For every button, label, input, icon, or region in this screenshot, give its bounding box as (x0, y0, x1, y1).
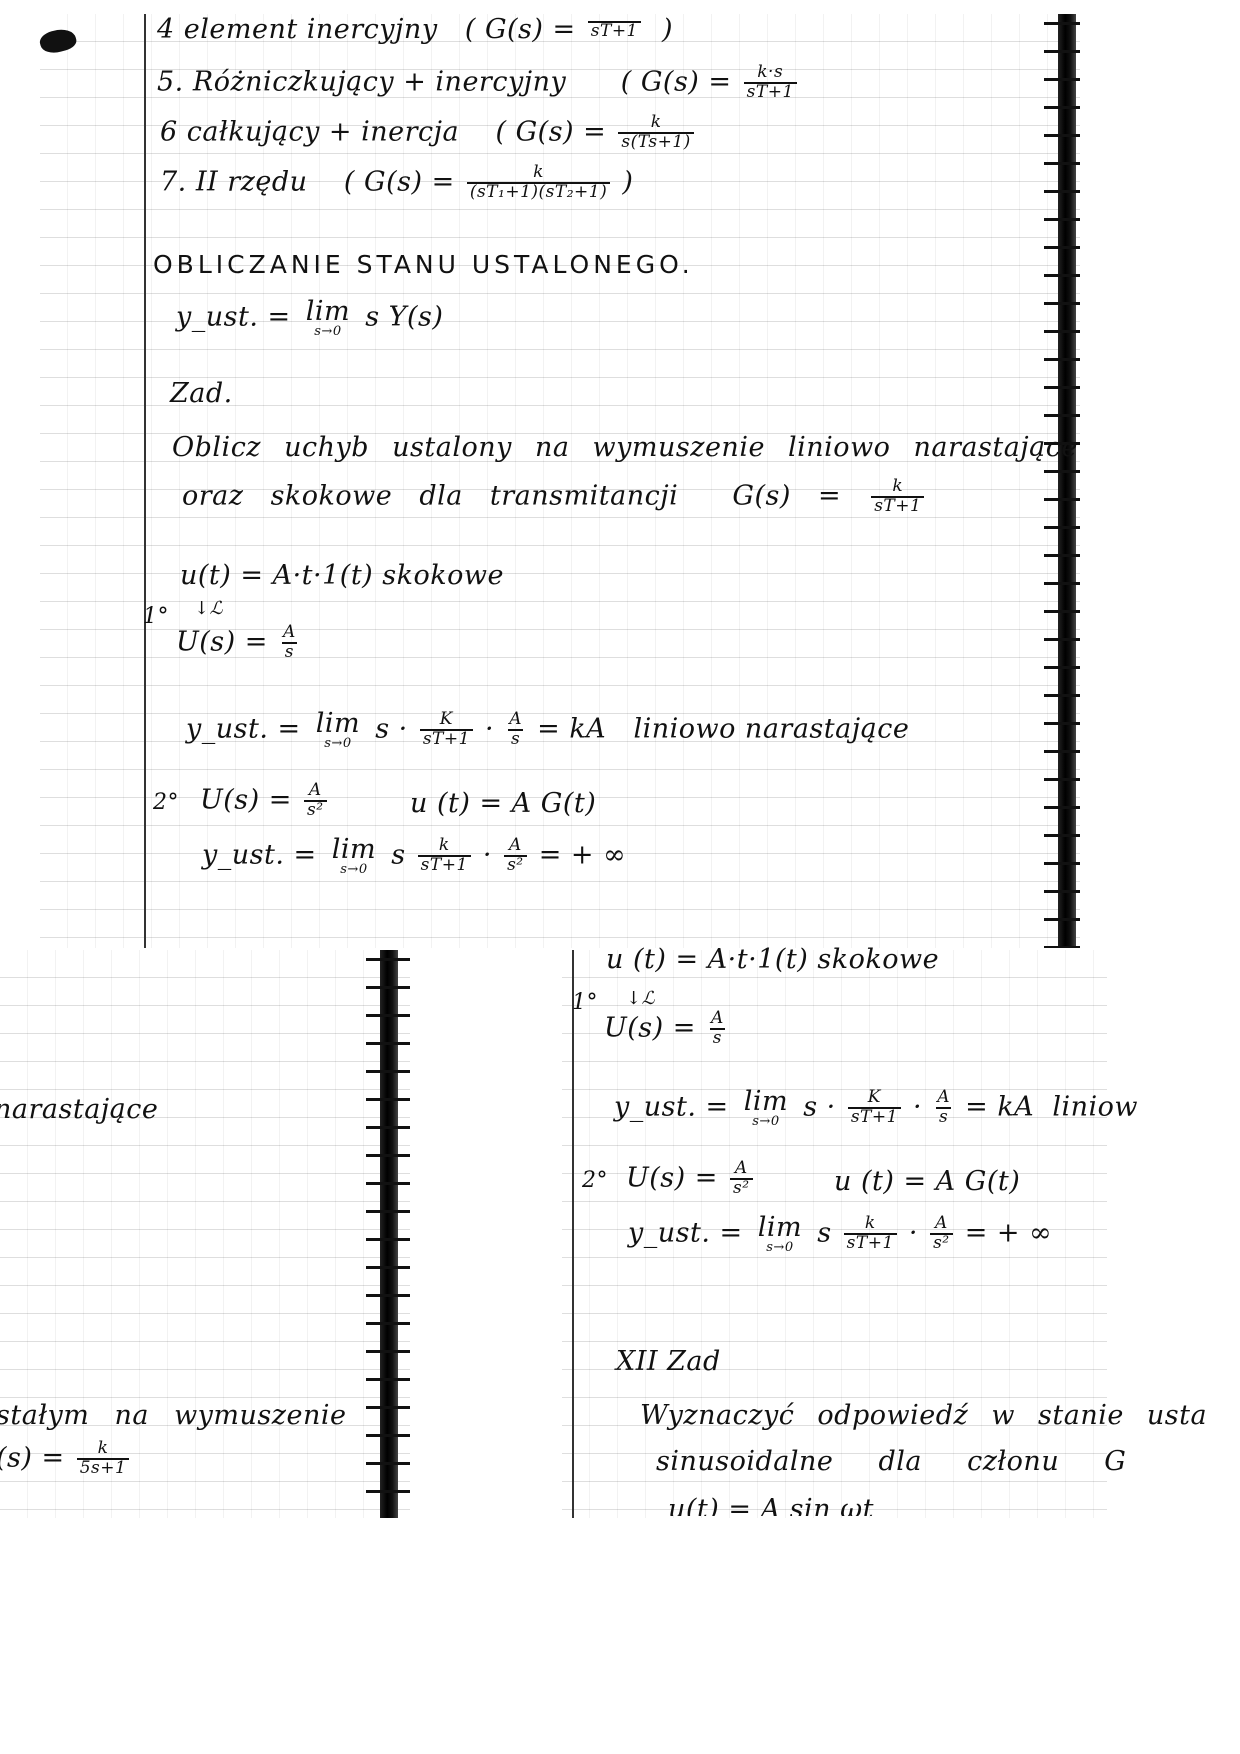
binding-notch (366, 1350, 410, 1353)
binding-notch (1044, 694, 1080, 697)
item-label: II rzędu (196, 166, 308, 197)
binding-notch (366, 1042, 410, 1045)
binding-notch (1044, 582, 1080, 585)
binding-notch (1044, 834, 1080, 837)
spiral-binding (1058, 14, 1076, 948)
binding-notch (366, 1434, 410, 1437)
binding-notch (1044, 414, 1080, 417)
input-transform: U(s) = As² (200, 782, 330, 820)
input-signal: u(t) = A·t·1(t) skokowe (180, 560, 504, 591)
input-signal: u (t) = A G(t) (410, 788, 596, 819)
fragment-text: narastające (0, 1094, 158, 1125)
binding-notch (1044, 106, 1080, 109)
binding-notch (1044, 890, 1080, 893)
binding-notch (1044, 22, 1080, 25)
binding-notch (1044, 330, 1080, 333)
input-signal: u (t) = A G(t) (834, 1166, 1020, 1197)
binding-notch (1044, 750, 1080, 753)
steady-state-result: y_ust. = lims→0 s · KsT+1 · As = kA lini… (614, 1088, 1138, 1128)
binding-notch (1044, 806, 1080, 809)
page-margin-line (144, 14, 146, 948)
binding-notch (1044, 50, 1080, 53)
binding-notch (1044, 778, 1080, 781)
fraction: ks(Ts+1) (618, 114, 693, 152)
binding-notch (1044, 554, 1080, 557)
fragment-formula: (s) = k5s+1 (0, 1440, 132, 1478)
list-item: 4 element inercyjny ( G(s) = sT+1 ) (157, 14, 673, 45)
formula-lhs: ( G(s) = (344, 166, 455, 197)
item-number: 7. (160, 166, 187, 197)
binding-notch (366, 1406, 410, 1409)
laplace-arrow: ↓ℒ (626, 988, 655, 1009)
fraction: ksT+1 (871, 478, 924, 516)
case-marker: 2° (582, 1168, 608, 1193)
binding-notch (366, 958, 410, 961)
input-transform: U(s) = As (176, 624, 302, 662)
binding-notch (1044, 134, 1080, 137)
fragment-text: stałym na wymuszenie (0, 1400, 346, 1431)
binding-notch (366, 1322, 410, 1325)
task-label: XII Zad (616, 1346, 721, 1377)
fraction: k·ssT+1 (744, 64, 797, 102)
binding-notch (1044, 274, 1080, 277)
input-signal: u (t) = A·t·1(t) skokowe (606, 944, 939, 975)
binding-notch (1044, 862, 1080, 865)
list-item: 7. II rzędu ( G(s) = k(sT₁+1)(sT₂+1) ) (160, 164, 633, 202)
task-text: sinusoidalne dla członu G (656, 1446, 1126, 1477)
binding-notch (366, 1126, 410, 1129)
formula-lhs: ( G(s) = (465, 14, 576, 45)
binding-notch (1044, 918, 1080, 921)
case-marker: 1° (572, 990, 598, 1015)
bottom-left-page-fragment (0, 950, 410, 1518)
binding-notch (1044, 470, 1080, 473)
item-label: całkujący + inercja (187, 116, 459, 147)
binding-notch (1044, 218, 1080, 221)
binding-notch (366, 1070, 410, 1073)
case-marker: 2° (153, 790, 179, 815)
binding-notch (1044, 358, 1080, 361)
binding-notch (366, 1238, 410, 1241)
binding-notch (366, 1378, 410, 1381)
item-label: element inercyjny (184, 14, 438, 45)
binding-notch (1044, 498, 1080, 501)
binding-notch (366, 1210, 410, 1213)
task-text: u(t) = A sin ωt (668, 1494, 874, 1516)
binding-notch (1044, 610, 1080, 613)
binding-notch (1044, 302, 1080, 305)
steady-state-result: y_ust. = lims→0 s ksT+1 · As² = + ∞ (628, 1214, 1052, 1254)
binding-notch (366, 1154, 410, 1157)
binding-notch (366, 1490, 410, 1493)
binding-notch (366, 1182, 410, 1185)
list-item: 5. Różniczkujący + inercyjny ( G(s) = k·… (157, 64, 800, 102)
input-transform: U(s) = As² (626, 1160, 756, 1198)
binding-notch (366, 1462, 410, 1465)
task-text: Wyznaczyć odpowiedź w stanie usta (640, 1400, 1207, 1431)
case-marker: 1° (143, 604, 169, 629)
binding-notch (1044, 190, 1080, 193)
binding-notch (1044, 666, 1080, 669)
spiral-binding (380, 950, 398, 1518)
binding-notch (1044, 946, 1080, 948)
binding-notch (366, 986, 410, 989)
steady-state-formula: y_ust. = lims→0 s Y(s) (176, 298, 443, 338)
binding-notch (1044, 78, 1080, 81)
binding-notch (1044, 722, 1080, 725)
formula-lhs: ( G(s) = (621, 66, 732, 97)
fraction: k(sT₁+1)(sT₂+1) (467, 164, 610, 202)
binding-notch (1044, 386, 1080, 389)
steady-state-result: y_ust. = lims→0 s · KsT+1 · As = kA lini… (186, 710, 909, 750)
limit: lims→0 (306, 298, 350, 338)
item-number: 5. (157, 66, 184, 97)
binding-notch (1044, 638, 1080, 641)
binding-notch (366, 1294, 410, 1297)
steady-state-result: y_ust. = lims→0 s ksT+1 · As² = + ∞ (202, 836, 626, 876)
binding-notch (1044, 246, 1080, 249)
formula-lhs: ( G(s) = (495, 116, 606, 147)
input-transform: U(s) = As (604, 1010, 730, 1048)
item-number: 6 (160, 116, 178, 147)
laplace-arrow: ↓ℒ (194, 598, 223, 619)
task-text: oraz skokowe dla transmitancji G(s) = ks… (182, 478, 927, 516)
page-margin-line (572, 950, 574, 1518)
binding-notch (1044, 526, 1080, 529)
list-item: 6 całkujący + inercja ( G(s) = ks(Ts+1) (160, 114, 697, 152)
section-heading: OBLICZANIE STANU USTALONEGO. (153, 250, 694, 279)
item-number: 4 (157, 14, 175, 45)
binding-notch (366, 1098, 410, 1101)
binding-notch (1044, 162, 1080, 165)
task-label: Zad. (170, 378, 233, 409)
task-text: Oblicz uchyb ustalony na wymuszenie lini… (172, 432, 1078, 463)
fraction: sT+1 (588, 21, 641, 41)
binding-notch (366, 1266, 410, 1269)
binding-notch (366, 1014, 410, 1017)
item-label: Różniczkujący + inercyjny (193, 66, 566, 97)
